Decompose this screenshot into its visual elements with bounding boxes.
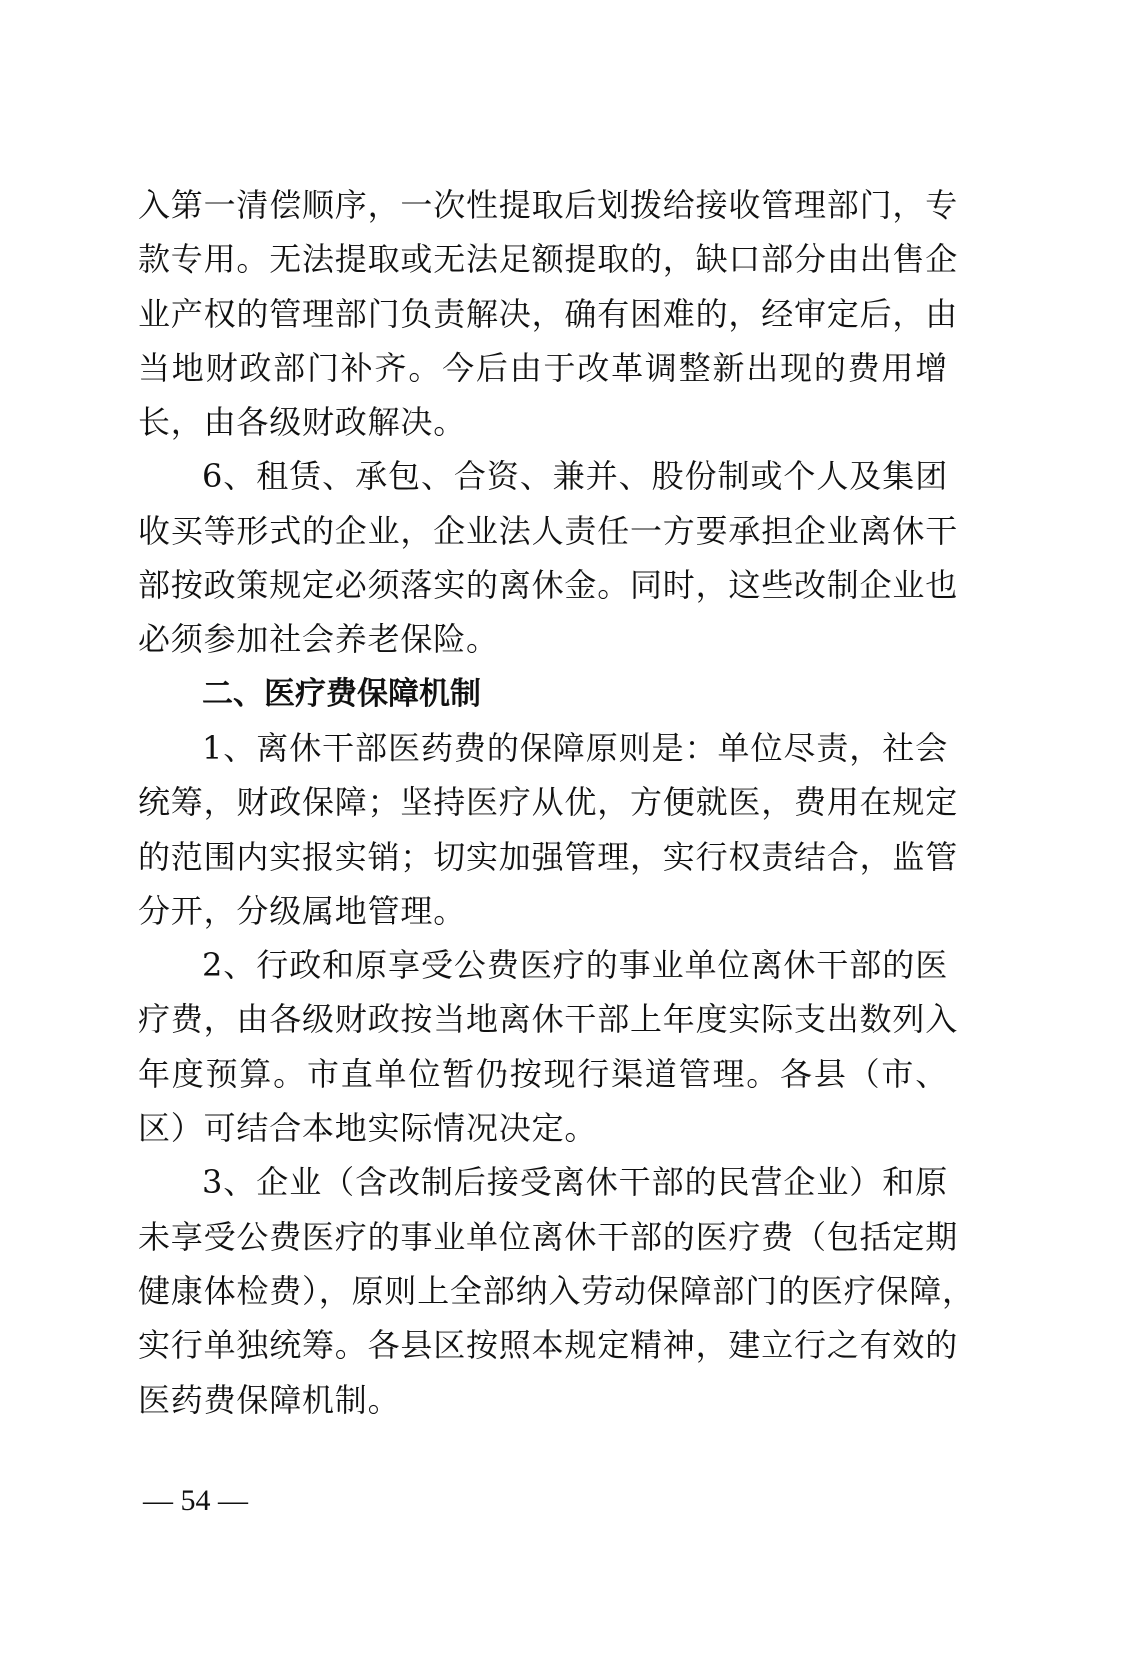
text-line: 健康体检费），原则上全部纳入劳动保障部门的医疗保障， — [138, 1264, 948, 1318]
text-line: 的范围内实报实销；切实加强管理，实行权责结合，监管 — [138, 830, 948, 884]
text-line: 当地财政部门补齐。今后由于改革调整新出现的费用增 — [138, 341, 948, 395]
text-line: 分开，分级属地管理。 — [138, 884, 948, 938]
paragraph-start-item-2: 2、行政和原享受公费医疗的事业单位离休干部的医 — [138, 938, 948, 992]
text-line: 业产权的管理部门负责解决，确有困难的，经审定后，由 — [138, 287, 948, 341]
document-body: 入第一清偿顺序，一次性提取后划拨给接收管理部门，专 款专用。无法提取或无法足额提… — [138, 178, 948, 1427]
text-line: 收买等形式的企业，企业法人责任一方要承担企业离休干 — [138, 504, 948, 558]
text-line: 年度预算。市直单位暂仍按现行渠道管理。各县（市、 — [138, 1047, 948, 1101]
text-line: 必须参加社会养老保险。 — [138, 612, 948, 666]
text-line: 医药费保障机制。 — [138, 1373, 948, 1427]
text-line: 长，由各级财政解决。 — [138, 395, 948, 449]
text-line: 实行单独统筹。各县区按照本规定精神，建立行之有效的 — [138, 1318, 948, 1372]
text-line: 统筹，财政保障；坚持医疗从优，方便就医，费用在规定 — [138, 775, 948, 829]
text-line: 入第一清偿顺序，一次性提取后划拨给接收管理部门，专 — [138, 178, 948, 232]
section-heading: 二、医疗费保障机制 — [138, 667, 948, 721]
text-line: 部按政策规定必须落实的离休金。同时，这些改制企业也 — [138, 558, 948, 612]
text-line: 疗费，由各级财政按当地离休干部上年度实际支出数列入 — [138, 992, 948, 1046]
page-number: — 54 — — [143, 1481, 248, 1521]
text-line: 未享受公费医疗的事业单位离休干部的医疗费（包括定期 — [138, 1210, 948, 1264]
paragraph-start-item-1: 1、离休干部医药费的保障原则是：单位尽责，社会 — [138, 721, 948, 775]
paragraph-start-item-3: 3、企业（含改制后接受离休干部的民营企业）和原 — [138, 1155, 948, 1209]
text-line: 区）可结合本地实际情况决定。 — [138, 1101, 948, 1155]
paragraph-start-item-6: 6、租赁、承包、合资、兼并、股份制或个人及集团 — [138, 449, 948, 503]
text-line: 款专用。无法提取或无法足额提取的，缺口部分由出售企 — [138, 232, 948, 286]
document-page: 入第一清偿顺序，一次性提取后划拨给接收管理部门，专 款专用。无法提取或无法足额提… — [0, 0, 1142, 1654]
